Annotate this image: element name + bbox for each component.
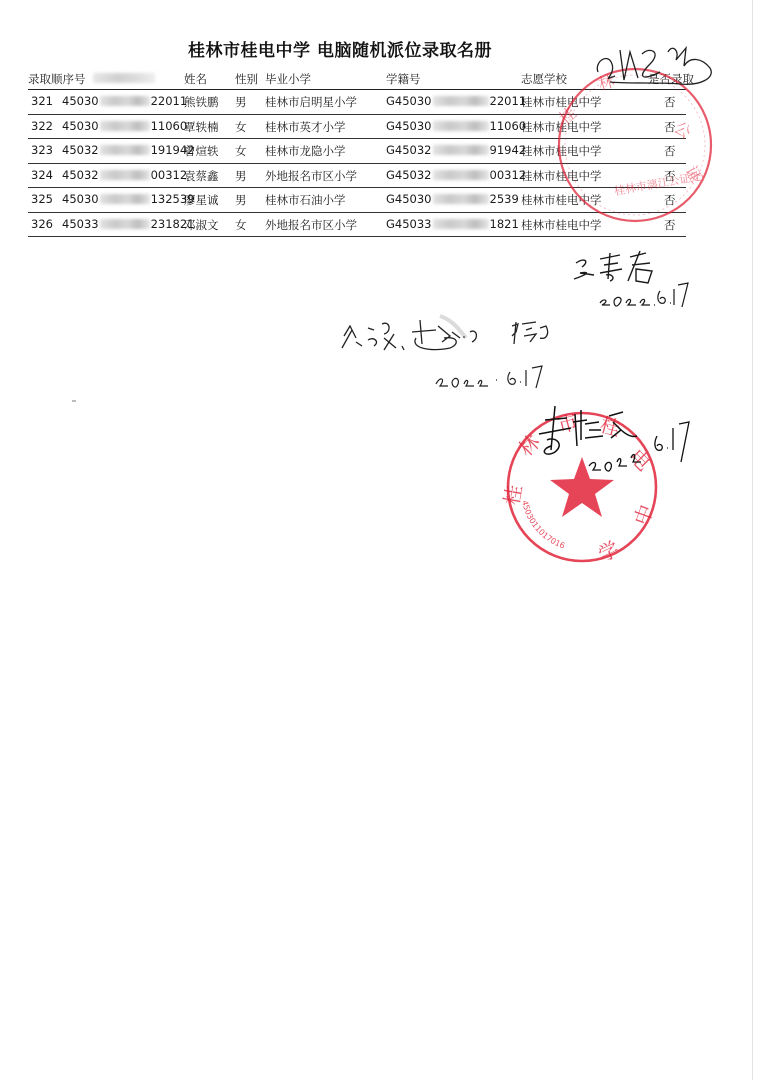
cell-primary-school: 外地报名市区小学 <box>265 217 357 233</box>
cell-sex: 男 <box>235 192 247 208</box>
xj-suffix: 1821 <box>490 217 519 231</box>
table-body: 3214503022011熊铁鹏男桂林市启明星小学G4503022011桂林市桂… <box>28 90 686 237</box>
cell-seq: 326 <box>31 217 53 231</box>
cell-primary-school: 桂林市龙隐小学 <box>265 143 346 159</box>
header-seq: 录取顺序号 <box>28 71 86 87</box>
cell-id-number: 4503022011 <box>62 94 187 108</box>
cell-student-no: G4503011060 <box>386 119 526 133</box>
id-prefix: 45030 <box>62 119 99 133</box>
cell-admitted: 否 <box>664 94 676 110</box>
table-row: 32545030132539廖星诚男桂林市石油小学G450302539桂林市桂电… <box>28 188 686 213</box>
redacted-student-no <box>433 145 489 155</box>
redacted-id <box>100 96 150 106</box>
seal-number: 4503011017016 <box>520 499 566 550</box>
redacted-id <box>100 121 150 131</box>
cell-student-no: G450302539 <box>386 192 519 206</box>
table-row: 3224503011060覃轶楠女桂林市英才小学G4503011060桂林市桂电… <box>28 115 686 140</box>
header-admitted: 是否录取 <box>648 71 694 87</box>
cell-wish-school: 桂林市桂电中学 <box>521 192 602 208</box>
school-seal: 桂 林 市 桂 电 中 学 4503011017016 <box>500 405 670 575</box>
xj-prefix: G45030 <box>386 192 432 206</box>
cell-name: 覃轶楠 <box>184 119 219 135</box>
id-prefix: 45030 <box>62 94 99 108</box>
table-header: 录取顺序号 姓名 性别 毕业小学 学籍号 志愿学校 是否录取 <box>28 70 686 90</box>
cell-name: 曾煊轶 <box>184 143 219 159</box>
id-suffix: 00312 <box>151 168 188 182</box>
cell-id-number: 4503011060 <box>62 119 187 133</box>
cell-student-no: G450331821 <box>386 217 519 231</box>
cell-sex: 男 <box>235 94 247 110</box>
redacted-id <box>100 170 150 180</box>
svg-text:市: 市 <box>555 409 581 437</box>
redacted-student-no <box>433 96 489 106</box>
cell-sex: 女 <box>235 119 247 135</box>
cell-primary-school: 桂林市英才小学 <box>265 119 346 135</box>
svg-text:电: 电 <box>625 444 656 475</box>
cell-sex: 女 <box>235 143 247 159</box>
id-prefix: 45032 <box>62 143 99 157</box>
svg-text:中: 中 <box>629 501 658 528</box>
cell-primary-school: 外地报名市区小学 <box>265 168 357 184</box>
cell-primary-school: 桂林市石油小学 <box>265 192 346 208</box>
signature-wang <box>570 245 690 310</box>
redacted-student-no <box>433 219 489 229</box>
admission-table: 录取顺序号 姓名 性别 毕业小学 学籍号 志愿学校 是否录取 321450302… <box>28 70 686 237</box>
cell-seq: 325 <box>31 192 53 206</box>
redacted-student-no <box>433 194 489 204</box>
cell-seq: 321 <box>31 94 53 108</box>
header-primary-school: 毕业小学 <box>265 71 311 87</box>
redacted-id <box>100 194 150 204</box>
redacted-header <box>93 73 155 83</box>
header-sex: 性别 <box>235 71 258 87</box>
cell-seq: 324 <box>31 168 53 182</box>
signature-li <box>525 400 695 480</box>
id-suffix: 11060 <box>151 119 188 133</box>
redacted-id <box>100 219 150 229</box>
svg-text:学: 学 <box>594 536 622 566</box>
redacted-student-no <box>433 121 489 131</box>
cell-admitted: 否 <box>664 143 676 159</box>
document-title: 桂林市桂电中学 电脑随机派位录取名册 <box>0 36 680 61</box>
xj-prefix: G45030 <box>386 119 432 133</box>
redacted-id <box>100 145 150 155</box>
cell-id-number: 4503200312 <box>62 168 187 182</box>
cell-wish-school: 桂林市桂电中学 <box>521 119 602 135</box>
cell-id-number: 45033231821 <box>62 217 195 231</box>
cell-primary-school: 桂林市启明星小学 <box>265 94 357 110</box>
scan-edge-line <box>752 0 753 1080</box>
cell-name: 廖星诚 <box>184 192 219 208</box>
header-name: 姓名 <box>184 71 207 87</box>
cell-seq: 323 <box>31 143 53 157</box>
cell-student-no: G4503291942 <box>386 143 526 157</box>
cell-student-no: G4503200312 <box>386 168 526 182</box>
table-row: 32645033231821邓淑文女外地报名市区小学G450331821桂林市桂… <box>28 213 686 238</box>
cell-wish-school: 桂林市桂电中学 <box>521 143 602 159</box>
header-wish-school: 志愿学校 <box>521 71 567 87</box>
xj-prefix: G45032 <box>386 168 432 182</box>
cell-id-number: 45030132539 <box>62 192 195 206</box>
table-row: 3244503200312袁蔡鑫男外地报名市区小学G4503200312桂林市桂… <box>28 164 686 189</box>
xj-prefix: G45030 <box>386 94 432 108</box>
cell-admitted: 否 <box>664 119 676 135</box>
scan-speck <box>72 400 76 402</box>
header-student-no: 学籍号 <box>386 71 421 87</box>
id-suffix: 22011 <box>151 94 188 108</box>
cell-wish-school: 桂林市桂电中学 <box>521 94 602 110</box>
cell-name: 袁蔡鑫 <box>184 168 219 184</box>
cell-admitted: 否 <box>664 217 676 233</box>
id-prefix: 45033 <box>62 217 99 231</box>
table-row: 3214503022011熊铁鹏男桂林市启明星小学G4503022011桂林市桂… <box>28 90 686 115</box>
cell-sex: 男 <box>235 168 247 184</box>
cell-name: 熊铁鹏 <box>184 94 219 110</box>
redacted-student-no <box>433 170 489 180</box>
cell-admitted: 否 <box>664 192 676 208</box>
svg-text:桂: 桂 <box>597 412 623 440</box>
id-prefix: 45030 <box>62 192 99 206</box>
cell-name: 邓淑文 <box>184 217 219 233</box>
id-prefix: 45032 <box>62 168 99 182</box>
xj-suffix: 2539 <box>490 192 519 206</box>
cell-wish-school: 桂林市桂电中学 <box>521 168 602 184</box>
cell-wish-school: 桂林市桂电中学 <box>521 217 602 233</box>
svg-text:桂: 桂 <box>500 483 527 507</box>
xj-prefix: G45032 <box>386 143 432 157</box>
signature-notary <box>340 308 580 393</box>
header-id <box>92 71 156 85</box>
cell-admitted: 否 <box>664 168 676 184</box>
svg-text:林: 林 <box>514 430 545 461</box>
cell-sex: 女 <box>235 217 247 233</box>
cell-student-no: G4503022011 <box>386 94 526 108</box>
cell-id-number: 45032191942 <box>62 143 195 157</box>
table-row: 32345032191942曾煊轶女桂林市龙隐小学G4503291942桂林市桂… <box>28 139 686 164</box>
xj-prefix: G45033 <box>386 217 432 231</box>
cell-seq: 322 <box>31 119 53 133</box>
